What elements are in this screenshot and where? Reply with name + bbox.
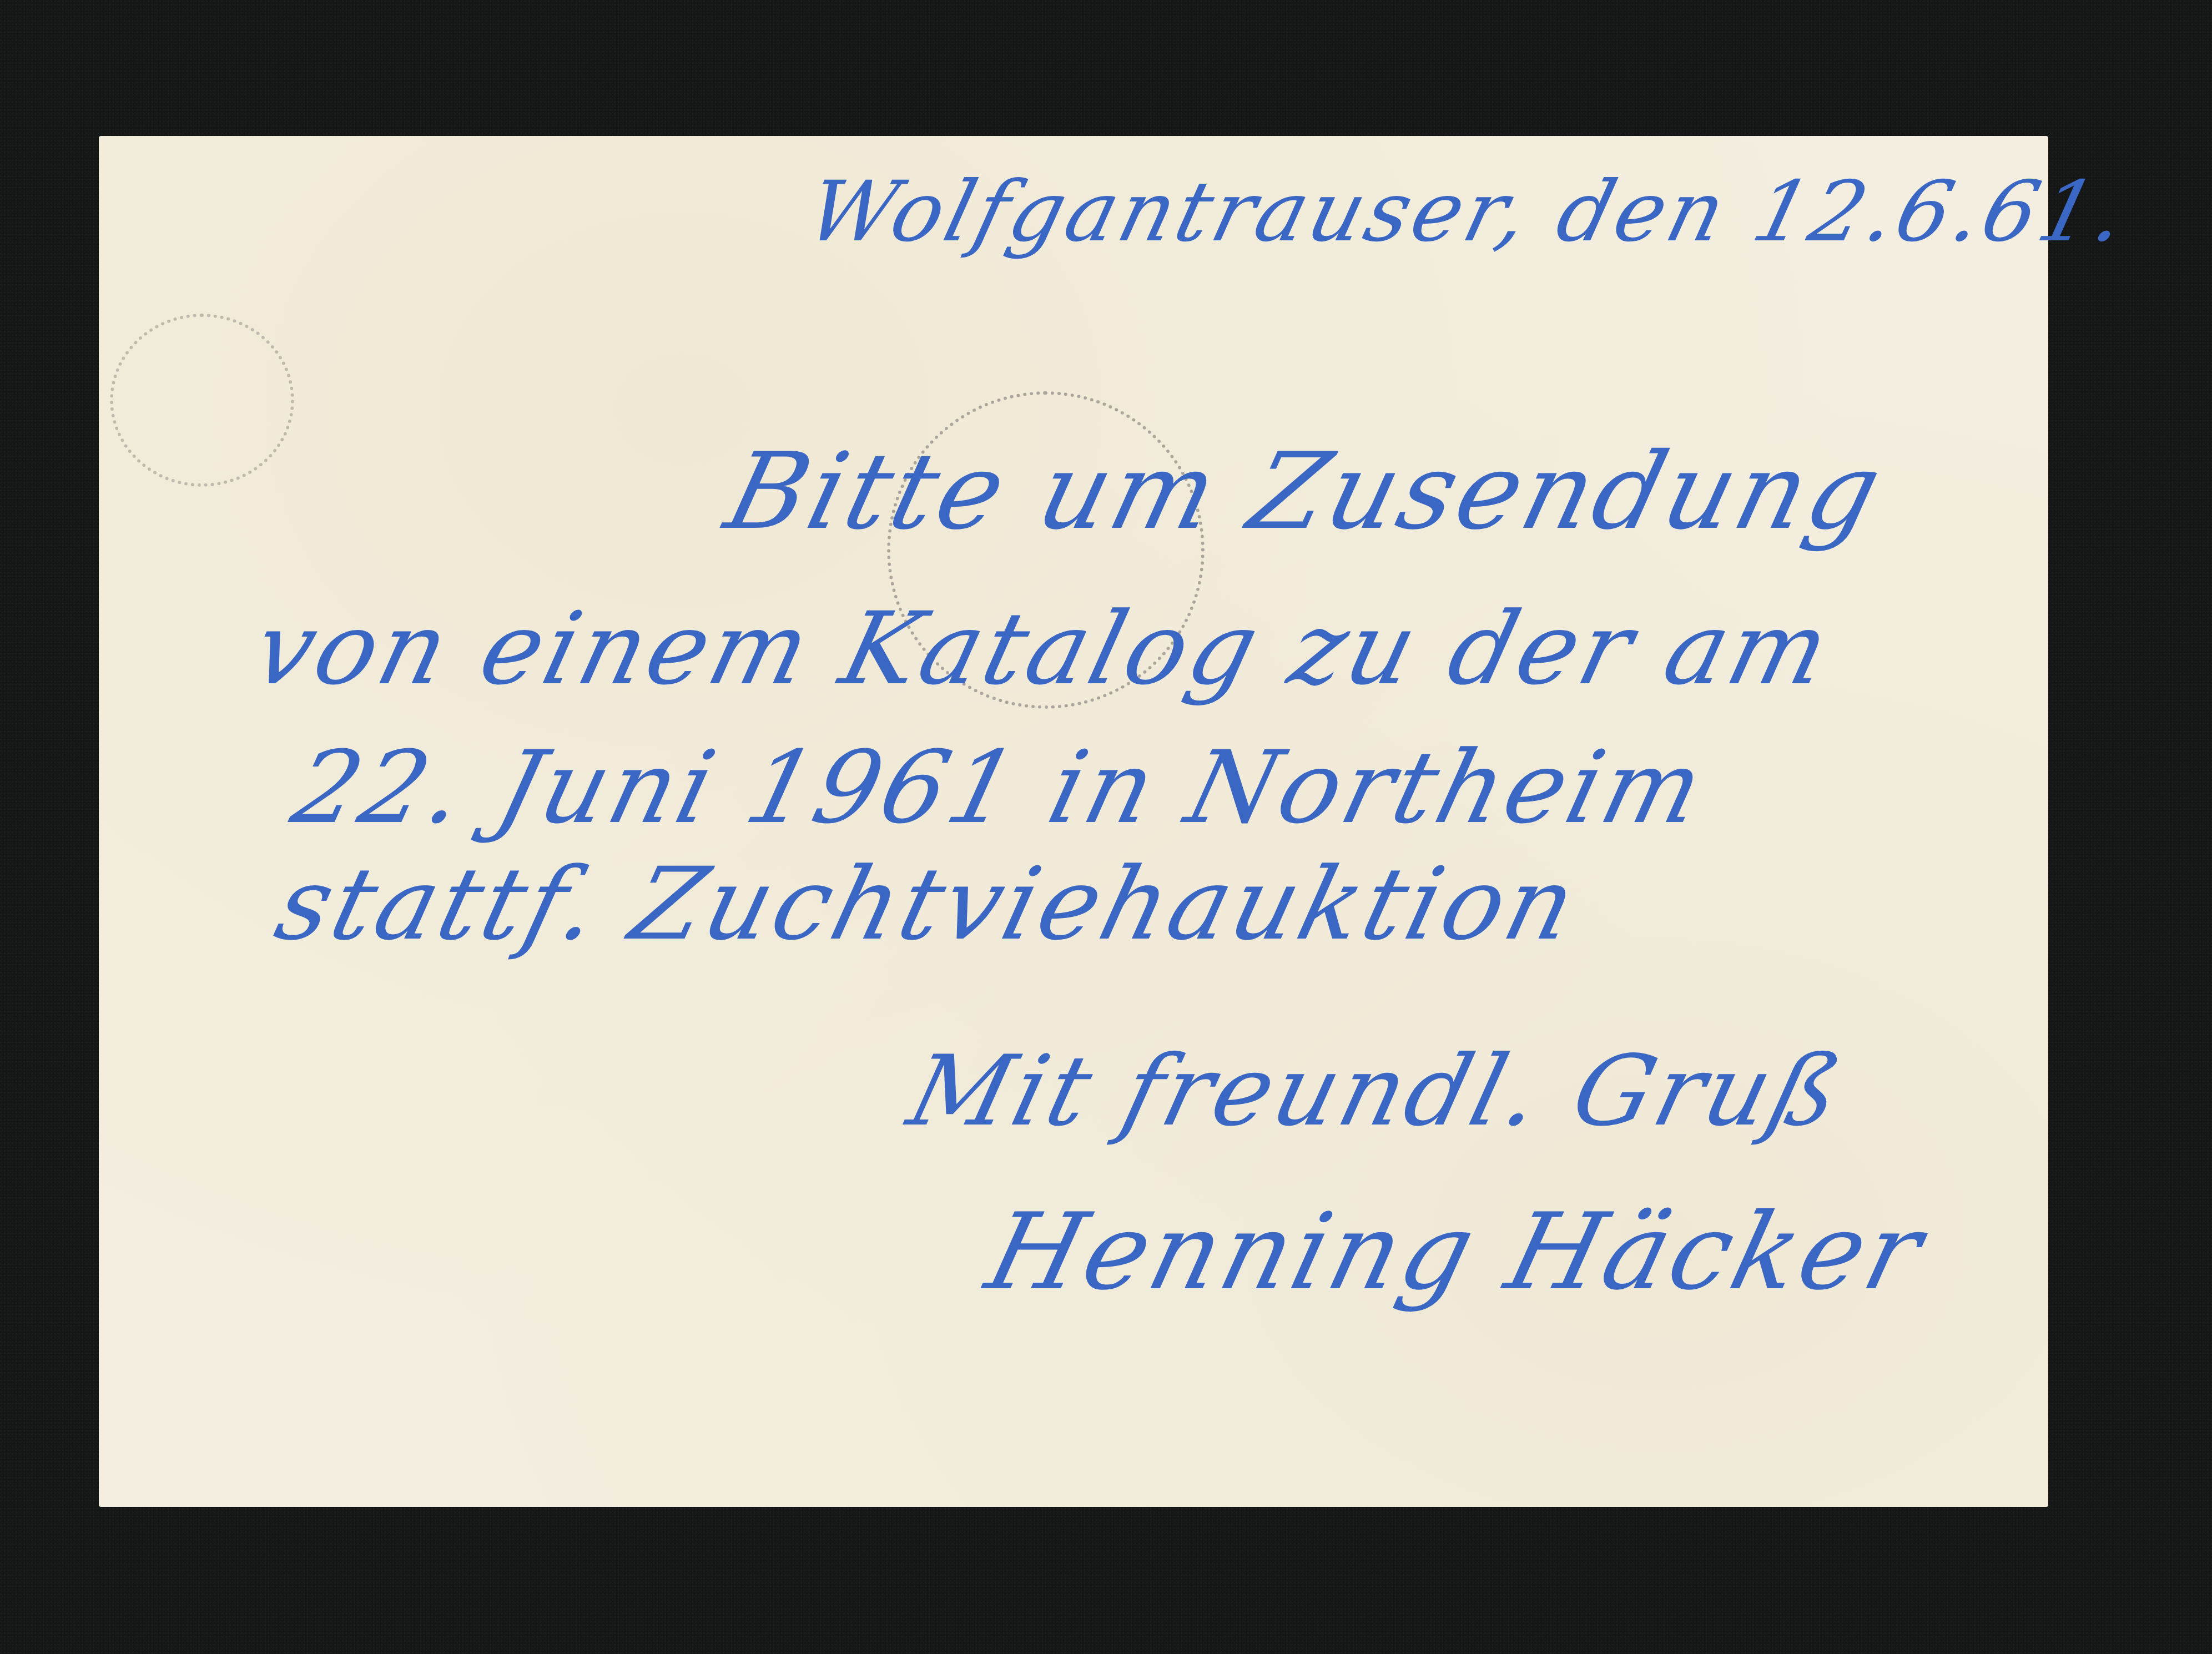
body-line-4: stattf. Zuchtviehauktion [265, 846, 1590, 962]
body-line-2: von einem Katalog zu der am [243, 591, 1843, 707]
signature: Henning Häcker [976, 1191, 1937, 1313]
body-line-3: 22. Juni 1961 in Northeim [282, 730, 1717, 846]
body-line-1: Bitte um Zusendung [715, 430, 1896, 553]
closing: Mit freundl. Gruß [898, 1035, 1855, 1148]
postmark-residue-left [110, 314, 294, 487]
postcard: Wolfgantrauser, den 12.6.61. Bitte um Zu… [99, 136, 2048, 1507]
dateline: Wolfgantrauser, den 12.6.61. [798, 164, 2139, 260]
